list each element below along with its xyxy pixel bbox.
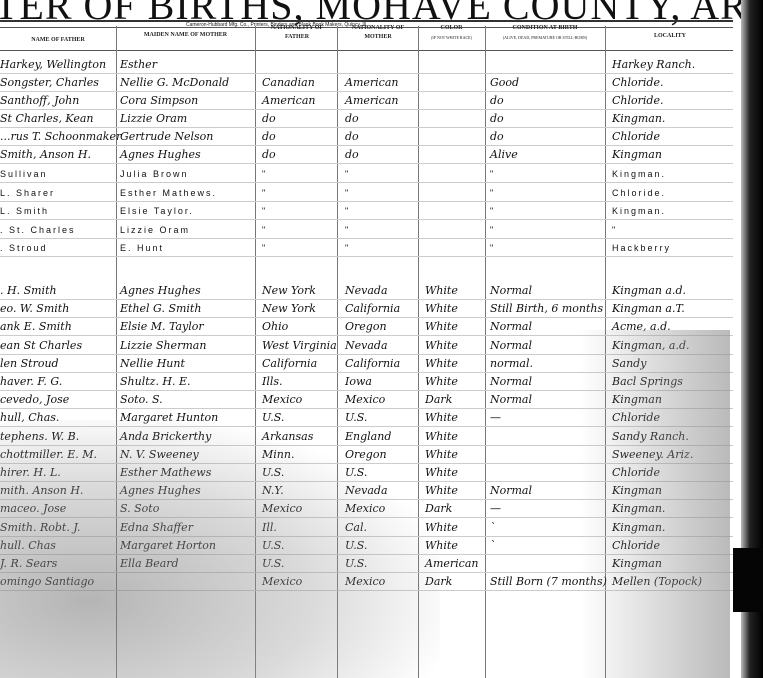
cell-mother: Nellie G. McDonald xyxy=(120,76,229,90)
cell-locality: Kingman. xyxy=(612,204,666,218)
cell-condition: ` xyxy=(490,539,496,553)
cell-nat-father: Mexico xyxy=(262,393,302,407)
cell-condition: ` xyxy=(490,521,496,535)
cell-mother: Esther xyxy=(120,58,157,72)
cell-mother: Ethel G. Smith xyxy=(120,302,201,316)
cell-nat-father: " xyxy=(262,223,267,237)
cell-father: . Stroud xyxy=(0,241,48,255)
cell-locality: Chloride. xyxy=(612,94,663,108)
cell-father: len Stroud xyxy=(0,357,59,371)
cell-nat-mother: do xyxy=(345,130,359,144)
cell-locality: Kingman. xyxy=(612,167,666,181)
header-sublabel: (ALIVE, DEAD, PREMATURE OR STILL-BORN) xyxy=(485,33,605,42)
cell-mother: Elsie M. Taylor xyxy=(120,320,204,334)
cell-father: Santhoff, John xyxy=(0,94,79,108)
header-label: MAIDEN NAME OF MOTHER xyxy=(144,32,227,38)
cell-father: eo. W. Smith xyxy=(0,302,69,316)
cell-locality: Kingman xyxy=(612,148,662,162)
ruled-line xyxy=(0,73,733,74)
ruled-line xyxy=(0,317,733,318)
header-color: COLOR(IF NOT WHITE RACE) xyxy=(418,24,485,42)
cell-nat-mother: " xyxy=(345,186,350,200)
cell-condition: do xyxy=(490,94,504,108)
cell-father: . St. Charles xyxy=(0,223,76,237)
cell-locality: Hackberry xyxy=(612,241,671,255)
cell-nat-mother: " xyxy=(345,167,350,181)
cell-nat-father: West Virginia xyxy=(262,339,337,353)
cell-condition: Still Birth, 6 months xyxy=(490,302,603,316)
cell-father: St Charles, Kean xyxy=(0,112,94,126)
cell-nat-mother: American xyxy=(345,94,398,108)
cell-nat-mother: Iowa xyxy=(345,375,372,389)
header-name-of-father: NAME OF FATHER xyxy=(0,36,116,45)
cell-father: Songster, Charles xyxy=(0,76,99,90)
cell-nat-mother: California xyxy=(345,357,400,371)
column-divider xyxy=(485,26,486,678)
cell-father: Smith, Anson H. xyxy=(0,148,91,162)
header-label: COLOR xyxy=(440,25,462,31)
paper-stain xyxy=(580,330,730,678)
cell-father: Harkey, Wellington xyxy=(0,58,106,72)
cell-color: White xyxy=(425,284,458,298)
cell-condition: — xyxy=(490,502,501,516)
cell-mother: Soto. S. xyxy=(120,393,163,407)
cell-locality: Kingman a.d. xyxy=(612,284,686,298)
ruled-line xyxy=(0,127,733,128)
cell-father: ank E. Smith xyxy=(0,320,72,334)
ruled-line xyxy=(0,238,733,239)
cell-color: White xyxy=(425,339,458,353)
cell-mother: Nellie Hunt xyxy=(120,357,185,371)
cell-father: ean St Charles xyxy=(0,339,82,353)
cell-locality: Harkey Ranch. xyxy=(612,58,695,72)
cell-nat-father: " xyxy=(262,167,267,181)
header-sublabel: (IF NOT WHITE RACE) xyxy=(418,33,485,42)
cell-nat-father: Canadian xyxy=(262,76,315,90)
ruled-line xyxy=(0,256,733,257)
cell-nat-mother: Nevada xyxy=(345,284,388,298)
header-label: CONDITION AT BIRTH xyxy=(513,25,578,31)
cell-locality: Kingman. xyxy=(612,112,665,126)
cell-condition: Alive xyxy=(490,148,518,162)
ruled-line xyxy=(0,201,733,202)
cell-condition: normal. xyxy=(490,357,533,371)
cell-condition: " xyxy=(490,241,495,255)
cell-father: haver. F. G. xyxy=(0,375,62,389)
cell-color: White xyxy=(425,375,458,389)
cell-nat-father: California xyxy=(262,357,317,371)
cell-color: Dark xyxy=(425,393,452,407)
cell-condition: — xyxy=(490,411,501,425)
cell-locality: Chloride. xyxy=(612,186,666,200)
cell-nat-father: New York xyxy=(262,284,316,298)
cell-condition: " xyxy=(490,204,495,218)
birth-register-page: TER OF BIRTHS, MOHAVE COUNTY, ARIZONA. C… xyxy=(0,0,763,678)
header-nationality-of-mother: NATIONALITY OF MOTHER xyxy=(340,24,416,42)
cell-nat-father: Ills. xyxy=(262,375,283,389)
cell-condition: Normal xyxy=(490,393,532,407)
header-maiden-name-of-mother: MAIDEN NAME OF MOTHER xyxy=(116,31,255,40)
register-title: TER OF BIRTHS, MOHAVE COUNTY, ARIZONA. xyxy=(0,0,763,26)
cell-nat-mother: " xyxy=(345,204,350,218)
cell-color: White xyxy=(425,320,458,334)
cell-father: L. Sharer xyxy=(0,186,55,200)
cell-condition: Normal xyxy=(490,484,532,498)
cell-nat-father: American xyxy=(262,94,315,108)
cell-nat-mother: California xyxy=(345,302,400,316)
cell-color: White xyxy=(425,302,458,316)
cell-nat-father: New York xyxy=(262,302,316,316)
cell-mother: Esther Mathews. xyxy=(120,186,217,200)
cell-nat-father: do xyxy=(262,148,276,162)
cell-nat-father: " xyxy=(262,241,267,255)
cell-nat-father: do xyxy=(262,112,276,126)
cell-father: L. Smith xyxy=(0,204,49,218)
cell-mother: Gertrude Nelson xyxy=(120,130,213,144)
header-bottom-rule xyxy=(0,50,733,51)
cell-nat-mother: " xyxy=(345,241,350,255)
cell-mother: Julia Brown xyxy=(120,167,189,181)
cell-condition: Normal xyxy=(490,320,532,334)
ruled-line xyxy=(0,163,733,164)
paper-stain xyxy=(0,420,440,678)
cell-condition: " xyxy=(490,223,495,237)
cell-condition: " xyxy=(490,167,495,181)
cell-mother: Agnes Hughes xyxy=(120,284,201,298)
ruled-line xyxy=(0,109,733,110)
ruled-line xyxy=(0,182,733,183)
cell-condition: Normal xyxy=(490,339,532,353)
ruled-line xyxy=(0,91,733,92)
cell-color: White xyxy=(425,357,458,371)
cell-nat-father: " xyxy=(262,186,267,200)
cell-condition: do xyxy=(490,112,504,126)
cell-condition: Good xyxy=(490,76,519,90)
cell-locality: " xyxy=(612,223,617,237)
cell-nat-father: do xyxy=(262,130,276,144)
cell-nat-mother: " xyxy=(345,223,350,237)
cell-locality: Chloride xyxy=(612,130,660,144)
cell-condition: " xyxy=(490,186,495,200)
cell-nat-father: " xyxy=(262,204,267,218)
header-condition-at-birth: CONDITION AT BIRTH(ALIVE, DEAD, PREMATUR… xyxy=(485,24,605,42)
header-nationality-of-father: NATIONALITY OF FATHER xyxy=(262,24,332,42)
cell-mother: Lizzie Sherman xyxy=(120,339,206,353)
cell-mother: Shultz. H. E. xyxy=(120,375,191,389)
header-locality: LOCALITY xyxy=(605,32,735,41)
cell-condition: do xyxy=(490,130,504,144)
cell-father: cevedo, Jose xyxy=(0,393,69,407)
ruled-line xyxy=(0,145,733,146)
cell-nat-mother: Oregon xyxy=(345,320,387,334)
header-label: LOCALITY xyxy=(654,33,686,39)
cell-mother: Lizzie Oram xyxy=(120,223,190,237)
cell-condition: Normal xyxy=(490,284,532,298)
page-tab xyxy=(733,548,763,612)
cell-mother: Cora Simpson xyxy=(120,94,198,108)
cell-mother: E. Hunt xyxy=(120,241,164,255)
cell-nat-mother: do xyxy=(345,112,359,126)
cell-locality: Kingman a.T. xyxy=(612,302,685,316)
cell-nat-mother: Nevada xyxy=(345,339,388,353)
ruled-line xyxy=(0,299,733,300)
cell-locality: Chloride. xyxy=(612,76,663,90)
cell-nat-mother: do xyxy=(345,148,359,162)
header-label: NAME OF FATHER xyxy=(31,37,85,43)
cell-nat-mother: American xyxy=(345,76,398,90)
cell-father: Sullivan xyxy=(0,167,48,181)
cell-mother: Agnes Hughes xyxy=(120,148,201,162)
header-label: NATIONALITY OF FATHER xyxy=(271,25,323,40)
header-label: NATIONALITY OF MOTHER xyxy=(352,25,404,40)
ruled-line xyxy=(0,219,733,220)
cell-mother: Lizzie Oram xyxy=(120,112,187,126)
cell-father: . H. Smith xyxy=(0,284,57,298)
cell-father: ...rus T. Schoonmaker xyxy=(0,130,121,144)
cell-condition: Normal xyxy=(490,375,532,389)
cell-mother: Elsie Taylor. xyxy=(120,204,194,218)
cell-nat-father: Ohio xyxy=(262,320,288,334)
cell-nat-mother: Mexico xyxy=(345,393,385,407)
